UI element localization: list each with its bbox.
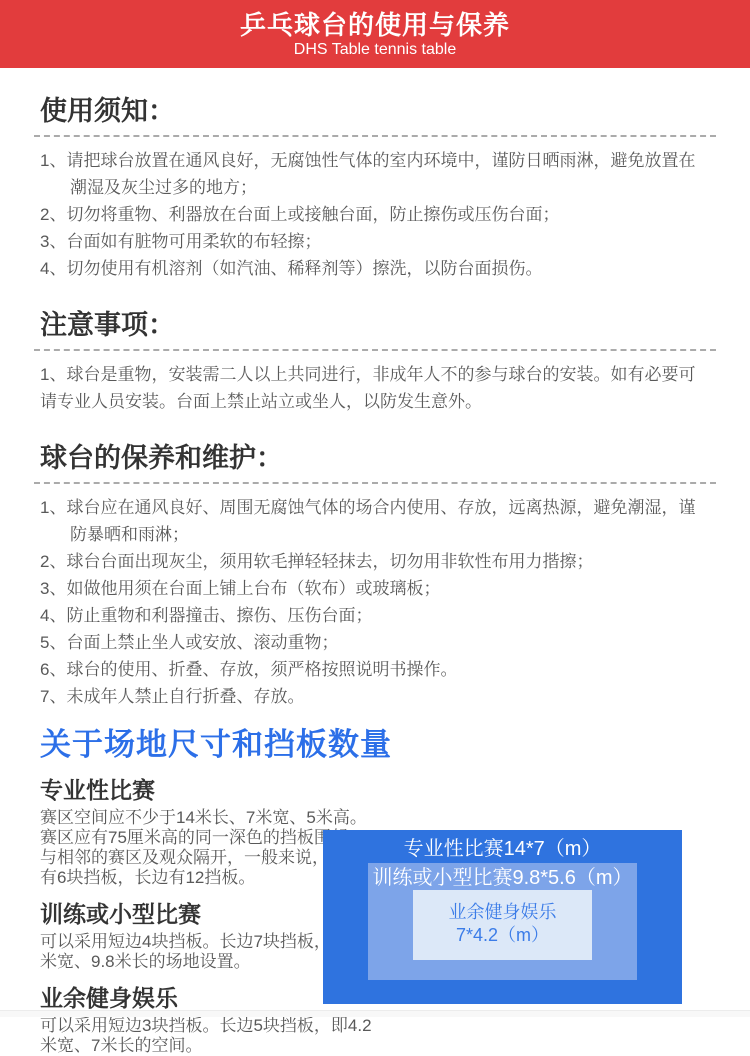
header-banner: 乒乓球台的使用与保养 DHS Table tennis table <box>0 0 750 68</box>
list-item: 1、请把球台放置在通风良好，无腐蚀性气体的室内环境中，谨防日晒雨淋，避免放置在潮… <box>40 147 710 201</box>
list-item: 2、球台台面出现灰尘，须用软毛掸轻轻抹去，切勿用非软性布用力揩擦； <box>40 548 710 575</box>
maintenance-section: 球台的保养和维护： 1、球台应在通风良好、周围无腐蚀气体的场合内使用、存放，远离… <box>40 441 710 710</box>
diagram-inner-label-line1: 业余健身娱乐 <box>413 901 592 924</box>
page-title: 乒乓球台的使用与保养 <box>0 10 750 40</box>
diagram-inner-label-line2: 7*4.2（m） <box>413 924 592 947</box>
precautions-section: 注意事项： 1、球台是重物，安装需二人以上共同进行，非成年人不的参与球台的安装。… <box>40 308 710 415</box>
subsection-body: 可以采用短边3块挡板。长边5块挡板，即4.2米宽、7米长的空间。 <box>40 1016 374 1056</box>
dashed-divider <box>34 349 716 351</box>
section-heading-precautions: 注意事项： <box>40 308 710 342</box>
next-section-divider <box>0 1010 750 1017</box>
list-item: 2、切勿将重物、利器放在台面上或接触台面，防止擦伤或压伤台面； <box>40 201 710 228</box>
venue-diagram-middle-box: 训练或小型比赛9.8*5.6（m） 业余健身娱乐 7*4.2（m） <box>368 863 637 980</box>
list-item: 5、台面上禁止坐人或安放、滚动重物； <box>40 629 710 656</box>
section-heading-usage: 使用须知： <box>40 94 710 128</box>
dashed-divider <box>34 482 716 484</box>
diagram-middle-label: 训练或小型比赛9.8*5.6（m） <box>368 863 637 890</box>
content-area: 使用须知： 1、请把球台放置在通风良好，无腐蚀性气体的室内环境中，谨防日晒雨淋，… <box>0 94 750 1056</box>
venue-size-section: 关于场地尺寸和挡板数量 专业性比赛 赛区空间应不少于14米长、7米宽、5米高。赛… <box>40 726 710 1056</box>
list-item: 7、未成年人禁止自行折叠、存放。 <box>40 683 710 710</box>
list-item: 1、球台是重物，安装需二人以上共同进行，非成年人不的参与球台的安装。如有必要可请… <box>40 361 710 415</box>
venue-heading: 关于场地尺寸和挡板数量 <box>40 726 710 764</box>
list-item: 6、球台的使用、折叠、存放，须严格按照说明书操作。 <box>40 656 710 683</box>
venue-diagram-outer-box: 专业性比赛14*7（m） 训练或小型比赛9.8*5.6（m） 业余健身娱乐 7*… <box>323 830 682 1004</box>
diagram-outer-label: 专业性比赛14*7（m） <box>323 830 682 861</box>
dashed-divider <box>34 135 716 137</box>
subsection-title: 专业性比赛 <box>40 775 710 805</box>
usage-notice-section: 使用须知： 1、请把球台放置在通风良好，无腐蚀性气体的室内环境中，谨防日晒雨淋，… <box>40 94 710 282</box>
list-item: 3、如做他用须在台面上铺上台布（软布）或玻璃板； <box>40 575 710 602</box>
section-heading-maintenance: 球台的保养和维护： <box>40 441 710 475</box>
list-item: 1、球台应在通风良好、周围无腐蚀气体的场合内使用、存放，远离热源，避免潮湿，谨防… <box>40 494 710 548</box>
list-item: 4、防止重物和利器撞击、擦伤、压伤台面； <box>40 602 710 629</box>
page-subtitle: DHS Table tennis table <box>0 40 750 60</box>
venue-diagram-inner-box: 业余健身娱乐 7*4.2（m） <box>413 890 592 960</box>
list-item: 4、切勿使用有机溶剂（如汽油、稀释剂等）擦洗，以防台面损伤。 <box>40 255 710 282</box>
list-item: 3、台面如有脏物可用柔软的布轻擦； <box>40 228 710 255</box>
